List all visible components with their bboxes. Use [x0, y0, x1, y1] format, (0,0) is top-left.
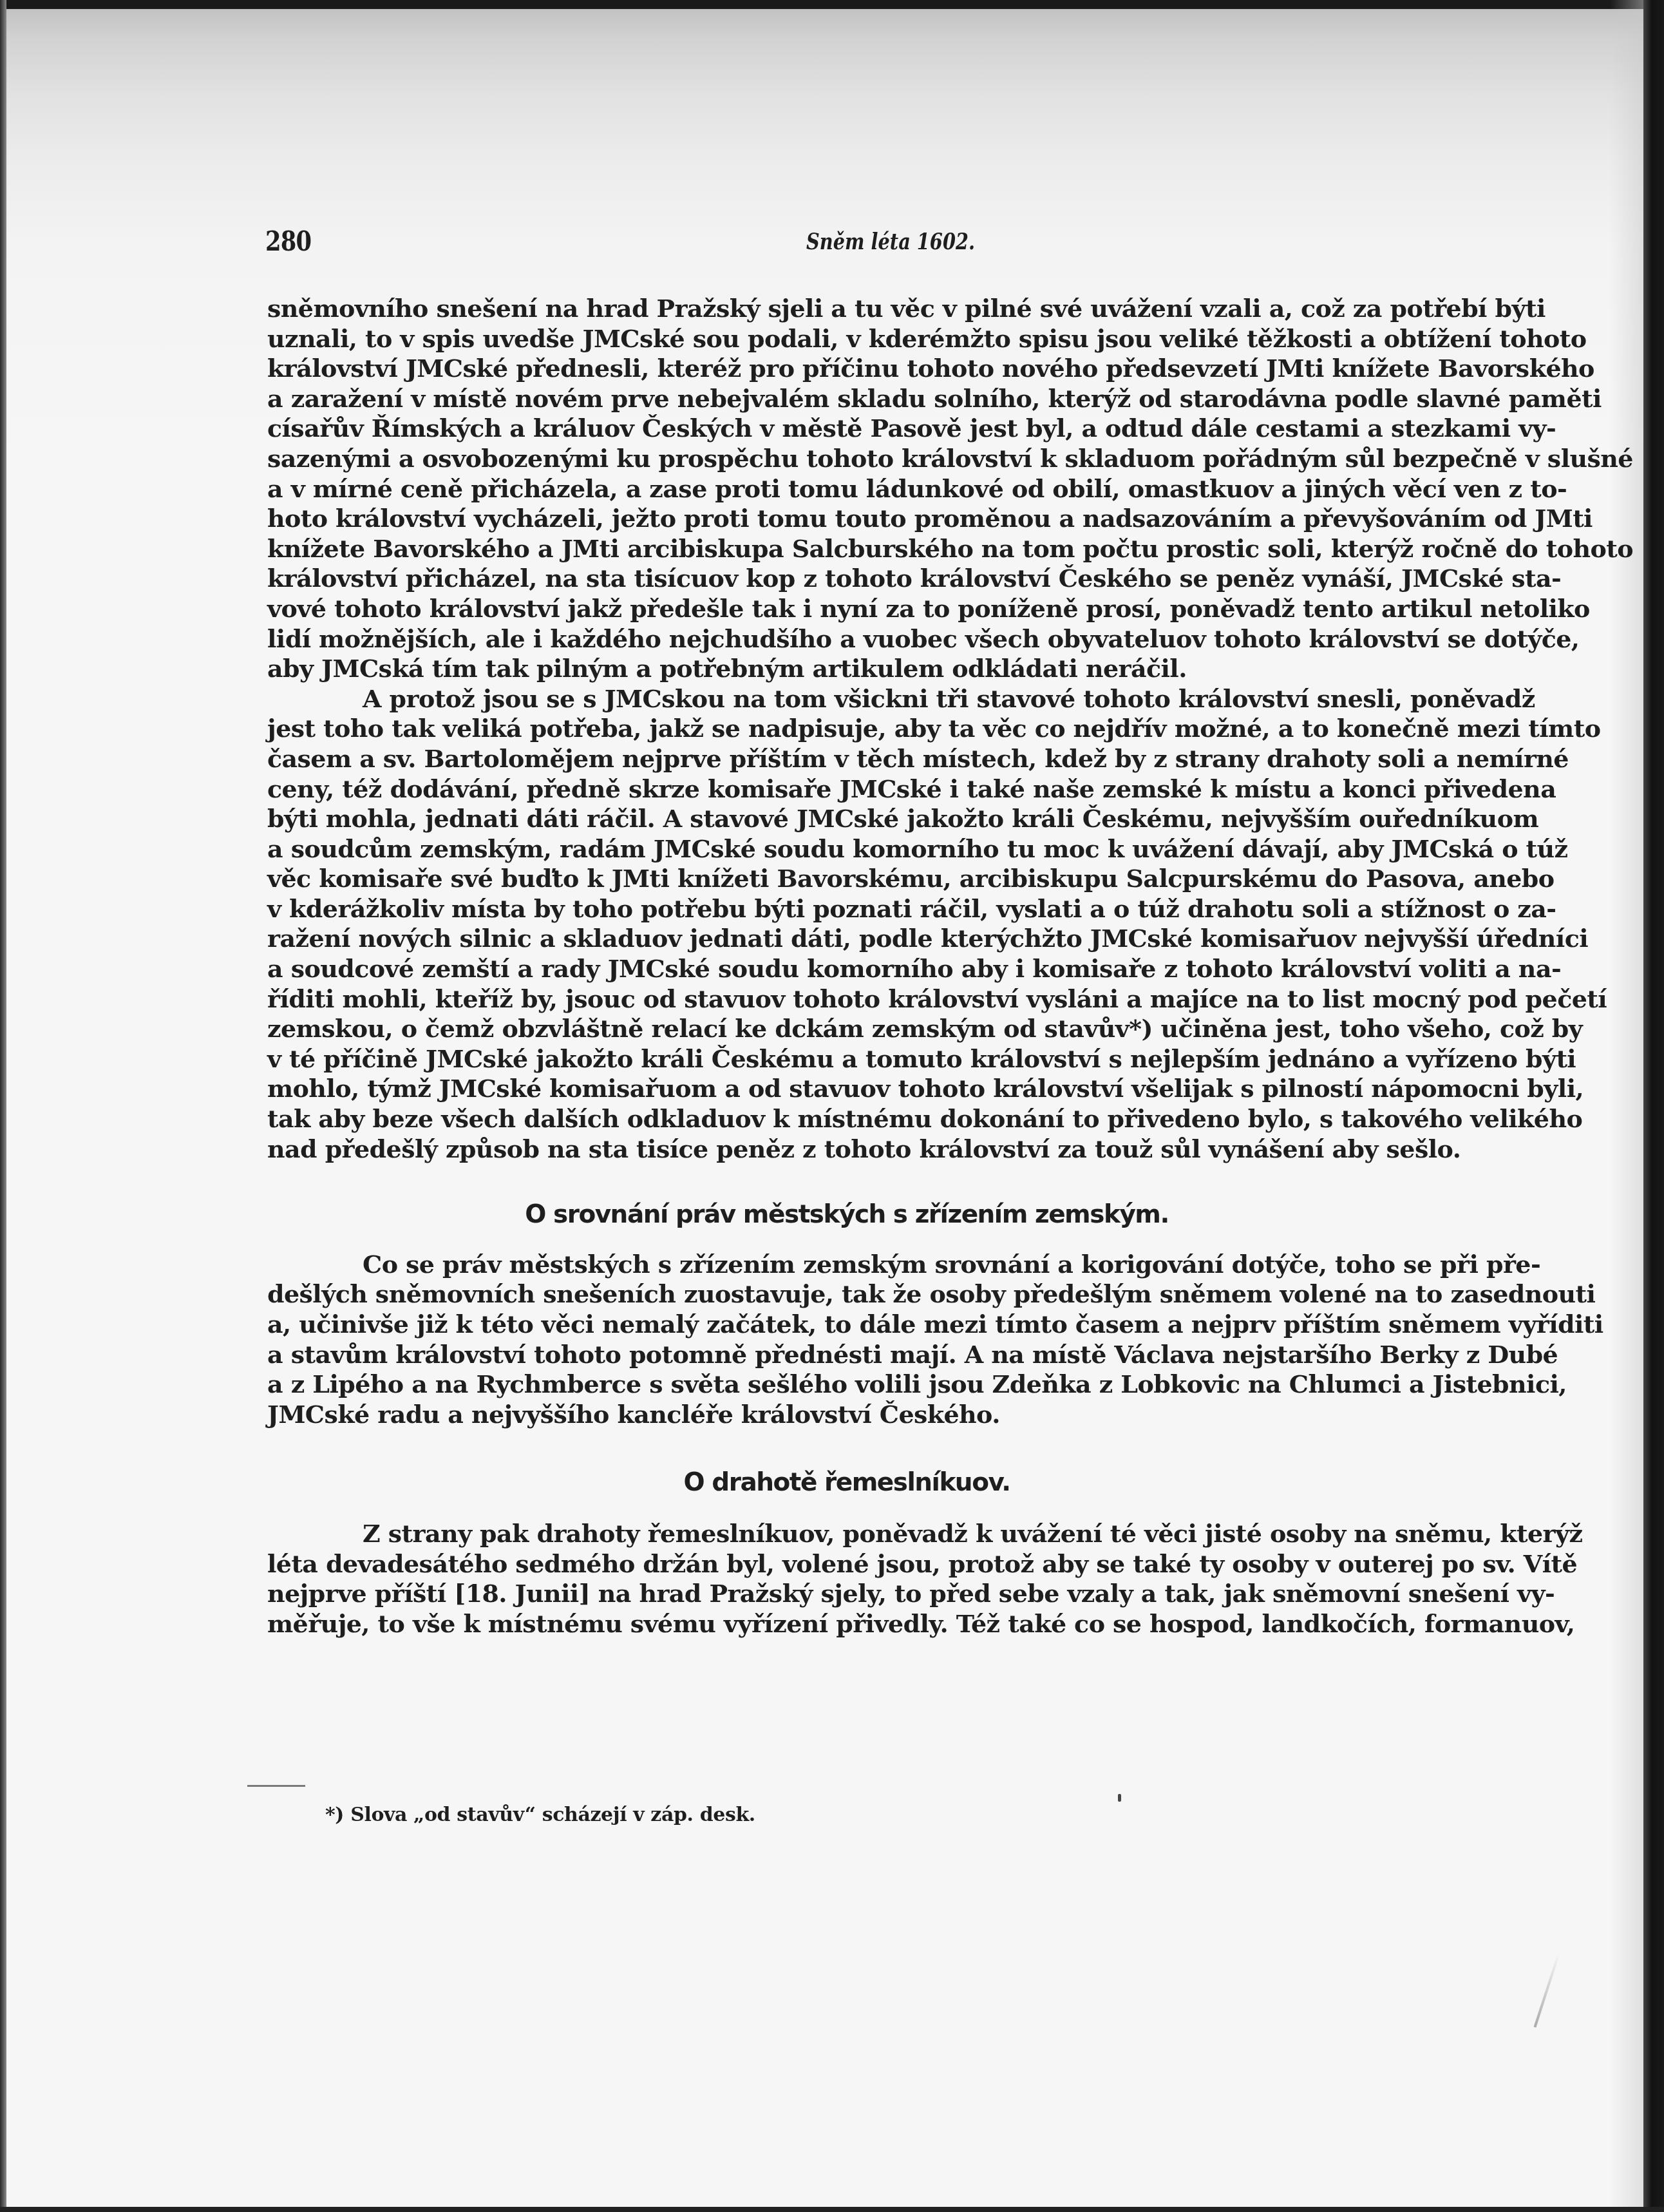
text-line: dešlých sněmovních snešeních zuostavuje,… [267, 1279, 1426, 1310]
section-2-paragraph: Z strany pak drahoty řemeslníkuov, poněv… [267, 1519, 1426, 1639]
footnote-rule [247, 1785, 305, 1787]
text-line: věc komisaře své buďto k JMti knížeti Ba… [267, 864, 1426, 894]
text-line: A protož jsou se s JMCskou na tom všickn… [267, 684, 1426, 714]
text-line: měřuje, to vše k místnému svému vyřízení… [267, 1609, 1426, 1639]
paragraph-2: A protož jsou se s JMCskou na tom všickn… [267, 684, 1426, 1165]
text-line: jest toho tak veliká potřeba, jakž se na… [267, 714, 1426, 744]
text-line: císařův Římských a králuov Českých v měs… [267, 414, 1426, 444]
text-line: JMCské radu a nejvyššího kancléře králov… [267, 1400, 1426, 1430]
text-line: knížete Bavorského a JMti arcibiskupa Sa… [267, 534, 1426, 564]
text-line: království JMCské přednesli, kteréž pro … [267, 354, 1426, 384]
text-line: říditi mohli, kteříž by, jsouc od stavuo… [267, 984, 1426, 1015]
scan-edge-bottom [0, 2207, 1664, 2212]
scan-speck [1118, 1794, 1121, 1802]
paragraph-1: sněmovního snešení na hrad Pražský sjeli… [267, 294, 1426, 684]
text-line: a stavům království tohoto potomně předn… [267, 1340, 1426, 1370]
text-line: Z strany pak drahoty řemeslníkuov, poněv… [267, 1519, 1426, 1549]
text-line: a soudcové zemští a rady JMCské soudu ko… [267, 954, 1426, 984]
scan-edge-right [1643, 0, 1664, 2212]
text-line: mohlo, týmž JMCské komisařuom a od stavu… [267, 1074, 1426, 1104]
text-line: tak aby beze všech dalších odkladuov k m… [267, 1104, 1426, 1134]
text-line: Co se práv městských s zřízením zemským … [267, 1250, 1426, 1280]
text-line: a zaražení v místě novém prve nebejvalém… [267, 384, 1426, 414]
page-body: sněmovního snešení na hrad Pražský sjeli… [267, 294, 1426, 1639]
text-line: uznali, to v spis uvedše JMCské sou poda… [267, 324, 1426, 354]
running-title: Sněm léta 1602. [806, 228, 975, 255]
text-line: časem a sv. Bartolomějem nejprve příštím… [267, 744, 1426, 774]
text-line: a z Lipého a na Rychmberce s světa sešlé… [267, 1369, 1426, 1400]
text-line: sazenými a osvobozenými ku prospěchu toh… [267, 444, 1426, 474]
text-line: nejprve příští [18. Junii] na hrad Pražs… [267, 1579, 1426, 1609]
text-line: hoto království vycházeli, ježto proti t… [267, 504, 1426, 534]
text-line: v kderážkoliv místa by toho potřebu býti… [267, 894, 1426, 924]
text-line: království přicházel, na sta tisícuov ko… [267, 564, 1426, 594]
footnote: *) Slova „od stavův“ scházejí v záp. des… [325, 1804, 755, 1826]
page-header: 280 Sněm léta 1602. [265, 225, 1431, 264]
text-line: a v mírné ceně přicházela, a zase proti … [267, 474, 1426, 504]
scan-edge-left [0, 0, 6, 2212]
text-line: léta devadesátého sedmého držán byl, vol… [267, 1549, 1426, 1579]
text-line: ražení nových silnic a skladuov jednati … [267, 924, 1426, 954]
section-1-paragraph: Co se práv městských s zřízením zemským … [267, 1250, 1426, 1430]
text-line: býti mohla, jednati dáti ráčil. A stavov… [267, 804, 1426, 834]
text-line: a soudcům zemským, radám JMCské soudu ko… [267, 834, 1426, 864]
text-line: aby JMCská tím tak pilným a potřebným ar… [267, 654, 1426, 684]
page-number: 280 [265, 225, 311, 258]
text-line: sněmovního snešení na hrad Pražský sjeli… [267, 294, 1426, 324]
text-line: lidí možnějších, ale i každého nejchudší… [267, 624, 1426, 654]
scan-gutter-shade [1610, 0, 1643, 2212]
text-line: nad předešlý způsob na sta tisíce peněz … [267, 1134, 1426, 1165]
section-heading: O srovnání práv městských s zřízením zem… [267, 1200, 1426, 1230]
text-line: v té příčině JMCské jakožto králi Českém… [267, 1044, 1426, 1074]
text-line: ceny, též dodávání, předně skrze komisař… [267, 774, 1426, 805]
text-line: vové tohoto království jakž předešle tak… [267, 594, 1426, 624]
section-heading: O drahotě řemeslníkuov. [267, 1468, 1426, 1498]
scan-edge-top [0, 0, 1664, 9]
text-line: zemskou, o čemž obzvláštně relací ke dck… [267, 1014, 1426, 1044]
text-line: a, učinivše již k této věci nemalý začát… [267, 1310, 1426, 1340]
